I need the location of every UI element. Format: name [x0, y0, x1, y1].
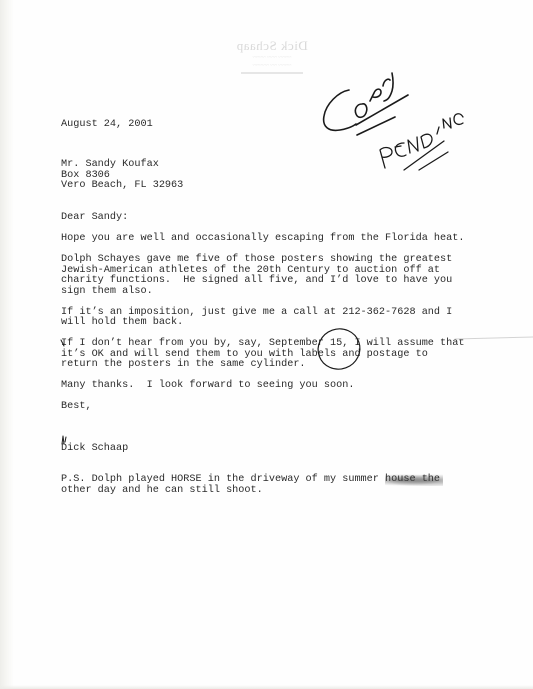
postscript-line: P.S. Dolph played HORSE in the driveway … [61, 475, 440, 486]
salutation: Dear Sandy: [61, 213, 128, 224]
paper-bottom-edge-shadow [0, 685, 533, 689]
paragraph-2-line: Dolph Schayes gave me five of those post… [61, 255, 452, 266]
letter-body: August 24, 2001 Mr. Sandy Koufax Box 830… [61, 0, 531, 326]
recipient-name: Mr. Sandy Koufax [61, 160, 159, 171]
scanner-streak [455, 337, 533, 339]
paragraph-1-line: Hope you are well and occasionally escap… [61, 234, 465, 245]
postscript-line: other day and he can still shoot. [61, 486, 263, 497]
paragraph-4-line: If I don’t hear from you by, say, Septem… [61, 339, 465, 350]
paragraph-2-line: charity functions. He signed all five, a… [61, 276, 452, 287]
paragraph-4-line: return the posters in the same cylinder. [61, 360, 306, 371]
ink-smudge [385, 474, 443, 486]
letter-date: August 24, 2001 [61, 120, 153, 131]
recipient-address-line2: Vero Beach, FL 32963 [61, 181, 183, 192]
typed-signature: Dick Schaap [61, 444, 128, 455]
paragraph-5-line: Many thanks. I look forward to seeing yo… [61, 381, 354, 392]
paper-left-edge-shadow [0, 0, 14, 689]
paragraph-2-line: sign them also. [61, 287, 153, 298]
paragraph-3-line: will hold them back. [61, 318, 183, 329]
closing: Best, [61, 402, 92, 413]
